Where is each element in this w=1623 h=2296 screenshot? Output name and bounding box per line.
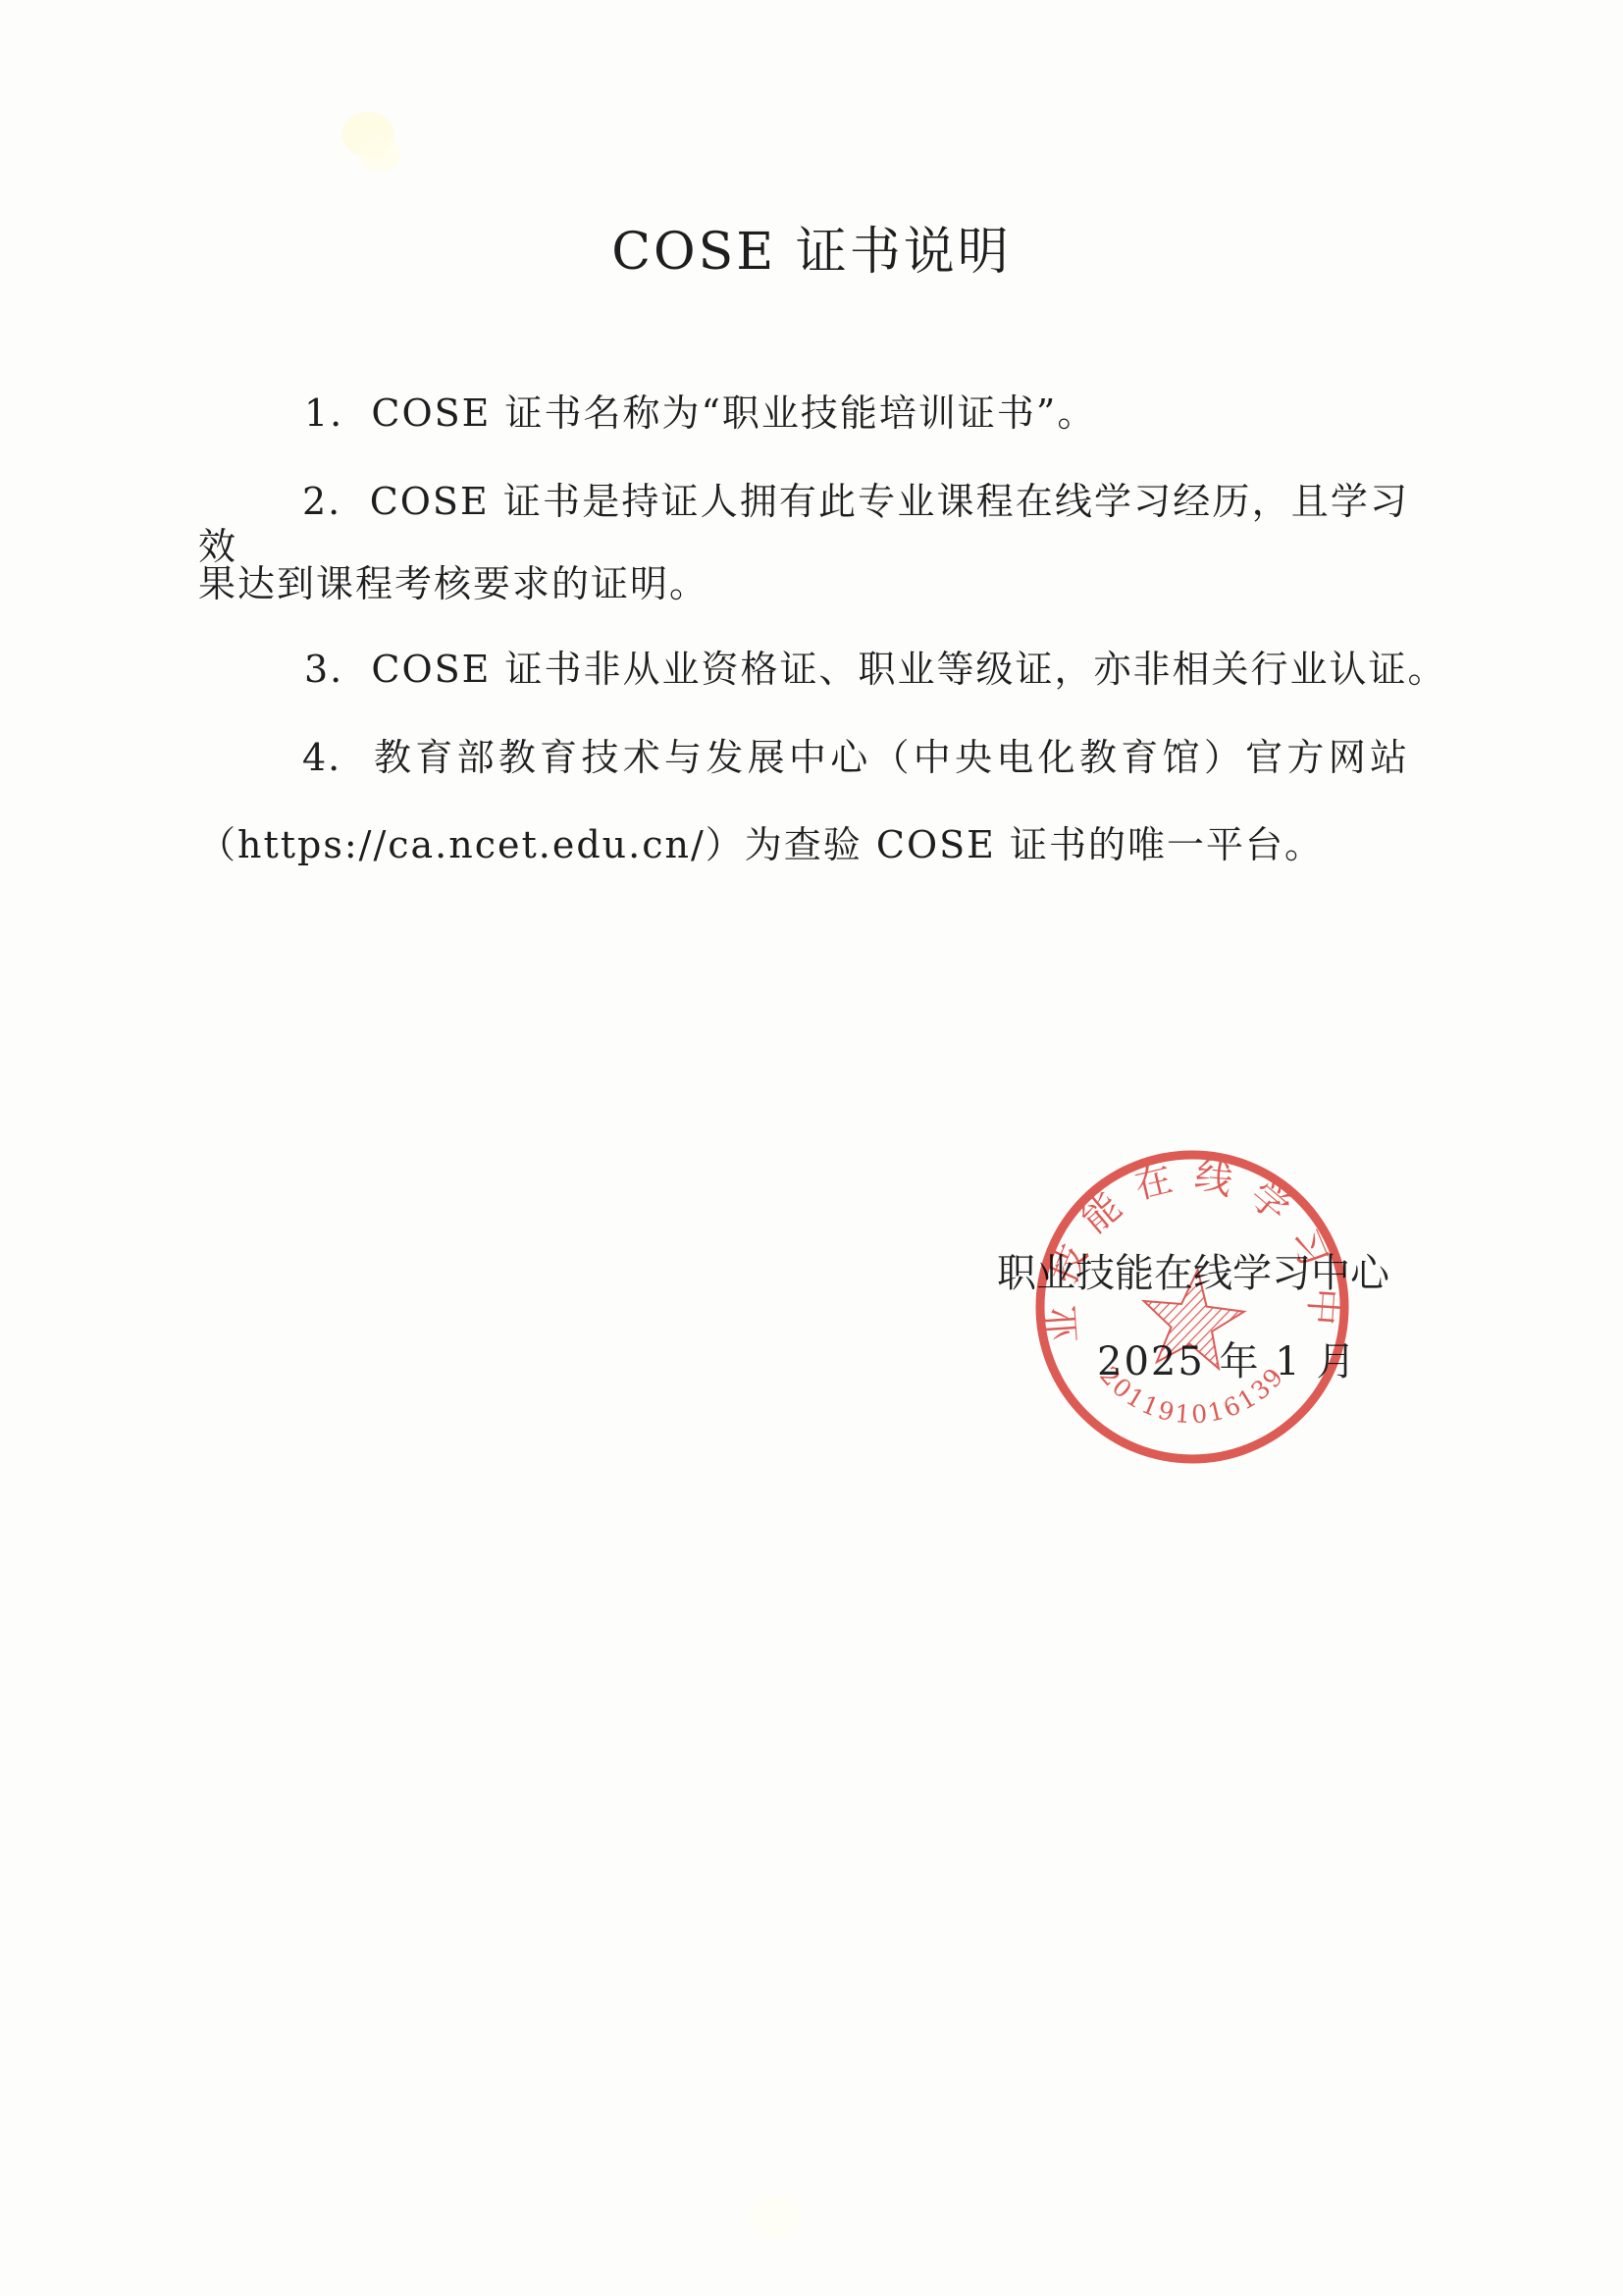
- list-item-2-line-2: 果达到课程考核要求的证明。: [198, 561, 708, 606]
- list-item-3: 3. COSE 证书非从业资格证、职业等级证，亦非相关行业认证。: [304, 647, 1447, 692]
- official-seal-stamp: 职业技能在线学习中心 42011910161396: [1025, 1140, 1359, 1474]
- scan-artifact: [359, 137, 400, 173]
- list-item-4-line-1: 4. 教育部教育技术与发展中心（中央电化教育馆）官方网站: [198, 735, 1409, 780]
- list-item-4-line-2: （https://ca.ncet.edu.cn/）为查验 COSE 证书的唯一平…: [198, 822, 1324, 867]
- star-icon: [1137, 1265, 1247, 1371]
- scan-artifact: [750, 2196, 801, 2237]
- document-title: COSE 证书说明: [0, 210, 1623, 284]
- scan-artifact: [341, 112, 394, 157]
- list-item-2-line-1: 2. COSE 证书是持证人拥有此专业课程在线学习经历，且学习效: [198, 479, 1409, 569]
- list-item-1: 1. COSE 证书名称为“职业技能培训证书”。: [304, 391, 1096, 436]
- scanned-document-page: COSE 证书说明 1. COSE 证书名称为“职业技能培训证书”。 2. CO…: [0, 0, 1623, 2296]
